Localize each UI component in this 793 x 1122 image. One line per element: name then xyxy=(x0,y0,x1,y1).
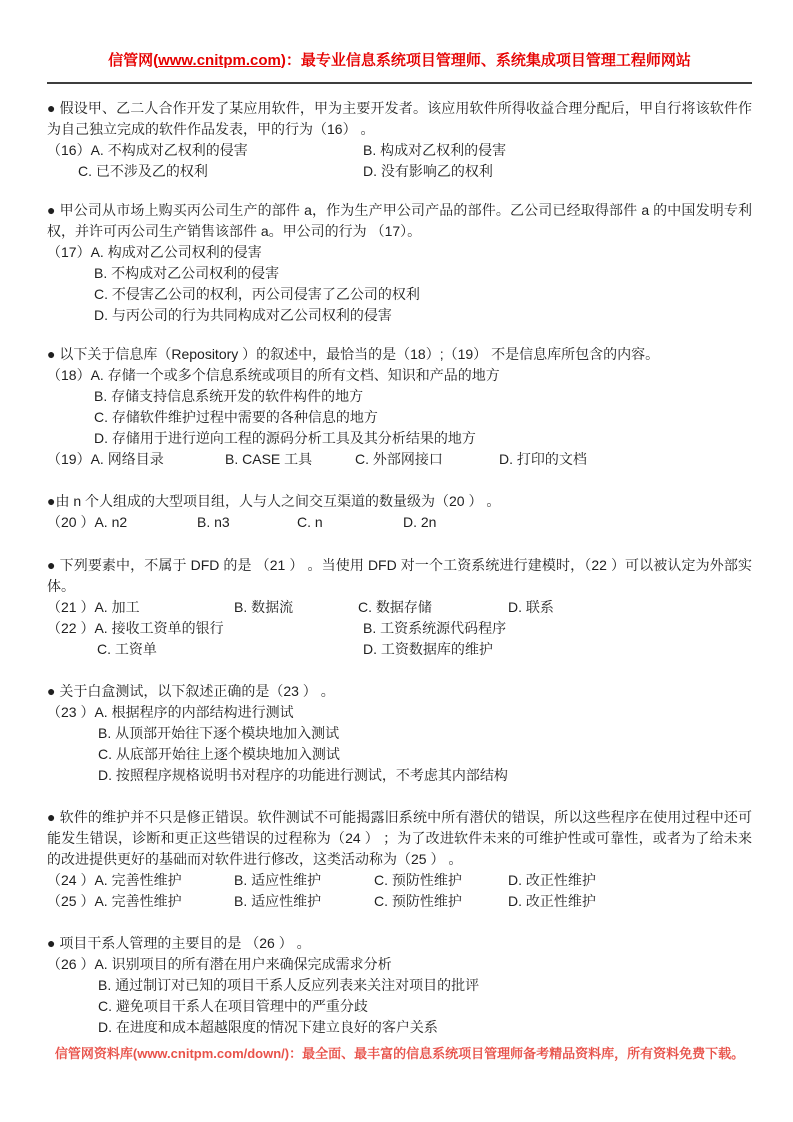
question-20-stem: ●由 n 个人组成的大型项目组，人与人之间交互渠道的数量级为（20 ） 。 xyxy=(47,491,752,512)
q17-option-a: （17）A. 构成对乙公司权利的侵害 xyxy=(47,242,752,263)
q26-option-d: D. 在进度和成本超越限度的情况下建立良好的客户关系 xyxy=(98,1017,752,1038)
question-24-options-row: （24 ）A. 完善性维护 B. 适应性维护 C. 预防性维护 D. 改正性维护 xyxy=(47,870,752,891)
header-site-link[interactable]: www.cnitpm.com xyxy=(158,52,281,69)
q22-option-a: （22 ）A. 接收工资单的银行 xyxy=(47,618,363,639)
q17-option-b: B. 不构成对乙公司权利的侵害 xyxy=(94,263,752,284)
question-18-19: ● 以下关于信息库（Repository ）的叙述中，最恰当的是（18）;（19… xyxy=(47,344,752,470)
question-26: ● 项目干系人管理的主要目的是 （26 ） 。 （26 ）A. 识别项目的所有潜… xyxy=(47,933,752,1038)
question-26-stem: ● 项目干系人管理的主要目的是 （26 ） 。 xyxy=(47,933,752,954)
q16-option-c: C. 已不涉及乙的权利 xyxy=(78,161,363,182)
q22-option-d: D. 工资数据库的维护 xyxy=(363,639,752,660)
q18-option-c: C. 存储软件维护过程中需要的各种信息的地方 xyxy=(94,407,752,428)
q16-option-b: B. 构成对乙权利的侵害 xyxy=(363,140,752,161)
q19-option-a: （19）A. 网络目录 xyxy=(47,449,225,470)
question-21-22: ● 下列要素中，不属于 DFD 的是 （21 ） 。当使用 DFD 对一个工资系… xyxy=(47,555,752,660)
q26-option-c: C. 避免项目干系人在项目管理中的严重分歧 xyxy=(98,996,752,1017)
question-22-options-row-ab: （22 ）A. 接收工资单的银行 B. 工资系统源代码程序 xyxy=(47,618,752,639)
q22-option-c: C. 工资单 xyxy=(97,639,363,660)
q19-option-b: B. CASE 工具 xyxy=(225,449,355,470)
question-18-stem: ● 以下关于信息库（Repository ）的叙述中，最恰当的是（18）;（19… xyxy=(47,344,752,365)
q16-option-d: D. 没有影响乙的权利 xyxy=(363,161,752,182)
question-17: ● 甲公司从市场上购买丙公司生产的部件 a，作为生产甲公司产品的部件。乙公司已经… xyxy=(47,200,752,326)
q20-option-c: C. n xyxy=(297,512,403,533)
q18-option-a: （18）A. 存储一个或多个信息系统或项目的所有文档、知识和产品的地方 xyxy=(47,365,752,386)
q23-option-b: B. 从顶部开始往下逐个模块地加入测试 xyxy=(98,723,752,744)
q25-option-c: C. 预防性维护 xyxy=(374,891,508,912)
q24-option-b: B. 适应性维护 xyxy=(234,870,374,891)
q20-option-d: D. 2n xyxy=(403,512,752,533)
q16-option-a: （16）A. 不构成对乙权利的侵害 xyxy=(47,140,363,161)
q26-option-a: （26 ）A. 识别项目的所有潜在用户来确保完成需求分析 xyxy=(47,954,752,975)
question-20-options-row: （20 ）A. n2 B. n3 C. n D. 2n xyxy=(47,512,752,533)
question-19-options-row: （19）A. 网络目录 B. CASE 工具 C. 外部网接口 D. 打印的文档 xyxy=(47,449,752,470)
q19-option-c: C. 外部网接口 xyxy=(355,449,499,470)
question-16-stem: ● 假设甲、乙二人合作开发了某应用软件，甲为主要开发者。该应用软件所得收益合理分… xyxy=(47,98,752,140)
q21-option-c: C. 数据存储 xyxy=(358,597,508,618)
q26-option-b: B. 通过制订对已知的项目干系人反应列表来关注对项目的批评 xyxy=(98,975,752,996)
document-page: 信管网(www.cnitpm.com)：最专业信息系统项目管理师、系统集成项目管… xyxy=(0,0,793,1122)
header-banner: 信管网(www.cnitpm.com)：最专业信息系统项目管理师、系统集成项目管… xyxy=(47,0,752,84)
q18-option-d: D. 存储用于进行逆向工程的源码分析工具及其分析结果的地方 xyxy=(94,428,752,449)
q24-option-c: C. 预防性维护 xyxy=(374,870,508,891)
question-23-stem: ● 关于白盒测试，以下叙述正确的是（23 ） 。 xyxy=(47,681,752,702)
q17-option-c: C. 不侵害乙公司的权利，丙公司侵害了乙公司的权利 xyxy=(94,284,752,305)
header-suffix: )：最专业信息系统项目管理师、系统集成项目管理工程师网站 xyxy=(281,52,691,69)
question-21-options-row: （21 ）A. 加工 B. 数据流 C. 数据存储 D. 联系 xyxy=(47,597,752,618)
question-25-options-row: （25 ）A. 完善性维护 B. 适应性维护 C. 预防性维护 D. 改正性维护 xyxy=(47,891,752,912)
q23-option-d: D. 按照程序规格说明书对程序的功能进行测试，不考虑其内部结构 xyxy=(98,765,752,786)
q23-option-a: （23 ）A. 根据程序的内部结构进行测试 xyxy=(47,702,752,723)
q20-option-b: B. n3 xyxy=(197,512,297,533)
question-20: ●由 n 个人组成的大型项目组，人与人之间交互渠道的数量级为（20 ） 。 （2… xyxy=(47,491,752,533)
question-16-options-row-ab: （16）A. 不构成对乙权利的侵害 B. 构成对乙权利的侵害 xyxy=(47,140,752,161)
question-16-options-row-cd: C. 已不涉及乙的权利 D. 没有影响乙的权利 xyxy=(78,161,752,182)
q17-option-d: D. 与丙公司的行为共同构成对乙公司权利的侵害 xyxy=(94,305,752,326)
q25-option-d: D. 改正性维护 xyxy=(508,891,752,912)
question-16: ● 假设甲、乙二人合作开发了某应用软件，甲为主要开发者。该应用软件所得收益合理分… xyxy=(47,98,752,182)
q21-option-d: D. 联系 xyxy=(508,597,752,618)
q23-option-c: C. 从底部开始往上逐个模块地加入测试 xyxy=(98,744,752,765)
footer-banner: 信管网资料库(www.cnitpm.com/down/)：最全面、最丰富的信息系… xyxy=(47,1044,752,1063)
q24-option-d: D. 改正性维护 xyxy=(508,870,752,891)
q25-option-a: （25 ）A. 完善性维护 xyxy=(47,891,234,912)
header-prefix: 信管网( xyxy=(108,52,158,69)
q21-option-a: （21 ）A. 加工 xyxy=(47,597,234,618)
q25-option-b: B. 适应性维护 xyxy=(234,891,374,912)
question-23: ● 关于白盒测试，以下叙述正确的是（23 ） 。 （23 ）A. 根据程序的内部… xyxy=(47,681,752,786)
q18-option-b: B. 存储支持信息系统开发的软件构件的地方 xyxy=(94,386,752,407)
question-24-stem: ● 软件的维护并不只是修正错误。软件测试不可能揭露旧系统中所有潜伏的错误，所以这… xyxy=(47,807,752,870)
q22-option-b: B. 工资系统源代码程序 xyxy=(363,618,752,639)
question-21-stem: ● 下列要素中，不属于 DFD 的是 （21 ） 。当使用 DFD 对一个工资系… xyxy=(47,555,752,597)
q24-option-a: （24 ）A. 完善性维护 xyxy=(47,870,234,891)
question-24-25: ● 软件的维护并不只是修正错误。软件测试不可能揭露旧系统中所有潜伏的错误，所以这… xyxy=(47,807,752,912)
question-22-options-row-cd: C. 工资单 D. 工资数据库的维护 xyxy=(97,639,752,660)
q20-option-a: （20 ）A. n2 xyxy=(47,512,197,533)
q21-option-b: B. 数据流 xyxy=(234,597,358,618)
q19-option-d: D. 打印的文档 xyxy=(499,449,752,470)
question-17-stem: ● 甲公司从市场上购买丙公司生产的部件 a，作为生产甲公司产品的部件。乙公司已经… xyxy=(47,200,752,242)
